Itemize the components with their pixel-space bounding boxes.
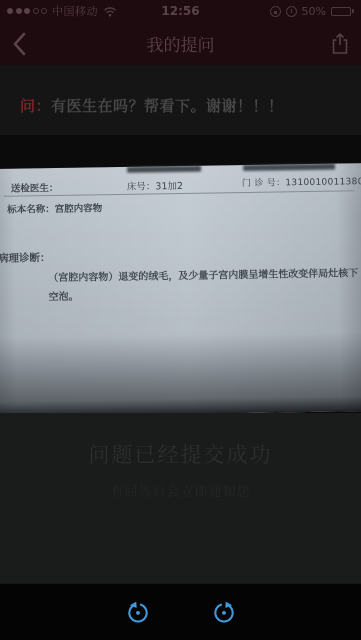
question-prefix: 问： bbox=[20, 97, 51, 115]
diagnosis-heading: 病理诊断： bbox=[0, 250, 50, 266]
rotate-ccw-icon bbox=[125, 599, 151, 625]
battery-percent-label: 50% bbox=[302, 5, 326, 18]
rotate-ccw-button[interactable] bbox=[125, 599, 151, 625]
page-title: 我的提问 bbox=[0, 31, 361, 56]
submission-status: 问题已经提交成功 有回答后会立即通知您 bbox=[0, 413, 361, 583]
orientation-lock-icon bbox=[270, 6, 281, 17]
nav-bar: 我的提问 bbox=[0, 22, 361, 65]
question-text: 有医生在吗？帮看下。谢谢！！！ bbox=[51, 97, 284, 115]
share-icon bbox=[331, 32, 349, 55]
question-section: 问：有医生在吗？帮看下。谢谢！！！ bbox=[0, 65, 361, 135]
field-bed-number: 床号：31加2 bbox=[127, 178, 183, 193]
back-button[interactable] bbox=[12, 32, 26, 56]
cutoff-text-smudge bbox=[126, 166, 200, 173]
rotate-cw-icon bbox=[211, 599, 237, 625]
submitted-message: 问题已经提交成功 bbox=[0, 439, 361, 469]
alarm-icon bbox=[286, 6, 297, 17]
report-paper: 送检医生： 床号：31加2 门 诊 号：131001001138040 标本名称… bbox=[0, 163, 361, 413]
battery-icon bbox=[331, 7, 354, 16]
back-chevron-icon bbox=[12, 32, 26, 56]
notify-message: 有回答后会立即通知您 bbox=[0, 481, 361, 500]
rotate-cw-button[interactable] bbox=[211, 599, 237, 625]
field-doctor: 送检医生： bbox=[11, 180, 59, 195]
field-clinic-number: 门 诊 号：131001001138040 bbox=[241, 174, 361, 189]
field-specimen: 标本名称：宫腔内容物 bbox=[7, 200, 102, 215]
image-toolbar bbox=[0, 583, 361, 640]
share-button[interactable] bbox=[331, 32, 349, 55]
status-bar: 中国移动 12:56 50% bbox=[0, 0, 361, 22]
question-line: 问：有医生在吗？帮看下。谢谢！！！ bbox=[0, 65, 361, 116]
status-right: 50% bbox=[270, 5, 354, 18]
report-photo[interactable]: 送检医生： 床号：31加2 门 诊 号：131001001138040 标本名称… bbox=[0, 135, 361, 413]
cutoff-text-smudge bbox=[242, 164, 334, 171]
screen: 中国移动 12:56 50% 我的提问 bbox=[0, 0, 361, 640]
report-content: 送检医生： 床号：31加2 门 诊 号：131001001138040 标本名称… bbox=[0, 163, 361, 413]
diagnosis-text: （宫腔内容物）退变的绒毛，及少量子宫内膜呈增生性改变伴局灶核下空泡。 bbox=[48, 264, 361, 307]
